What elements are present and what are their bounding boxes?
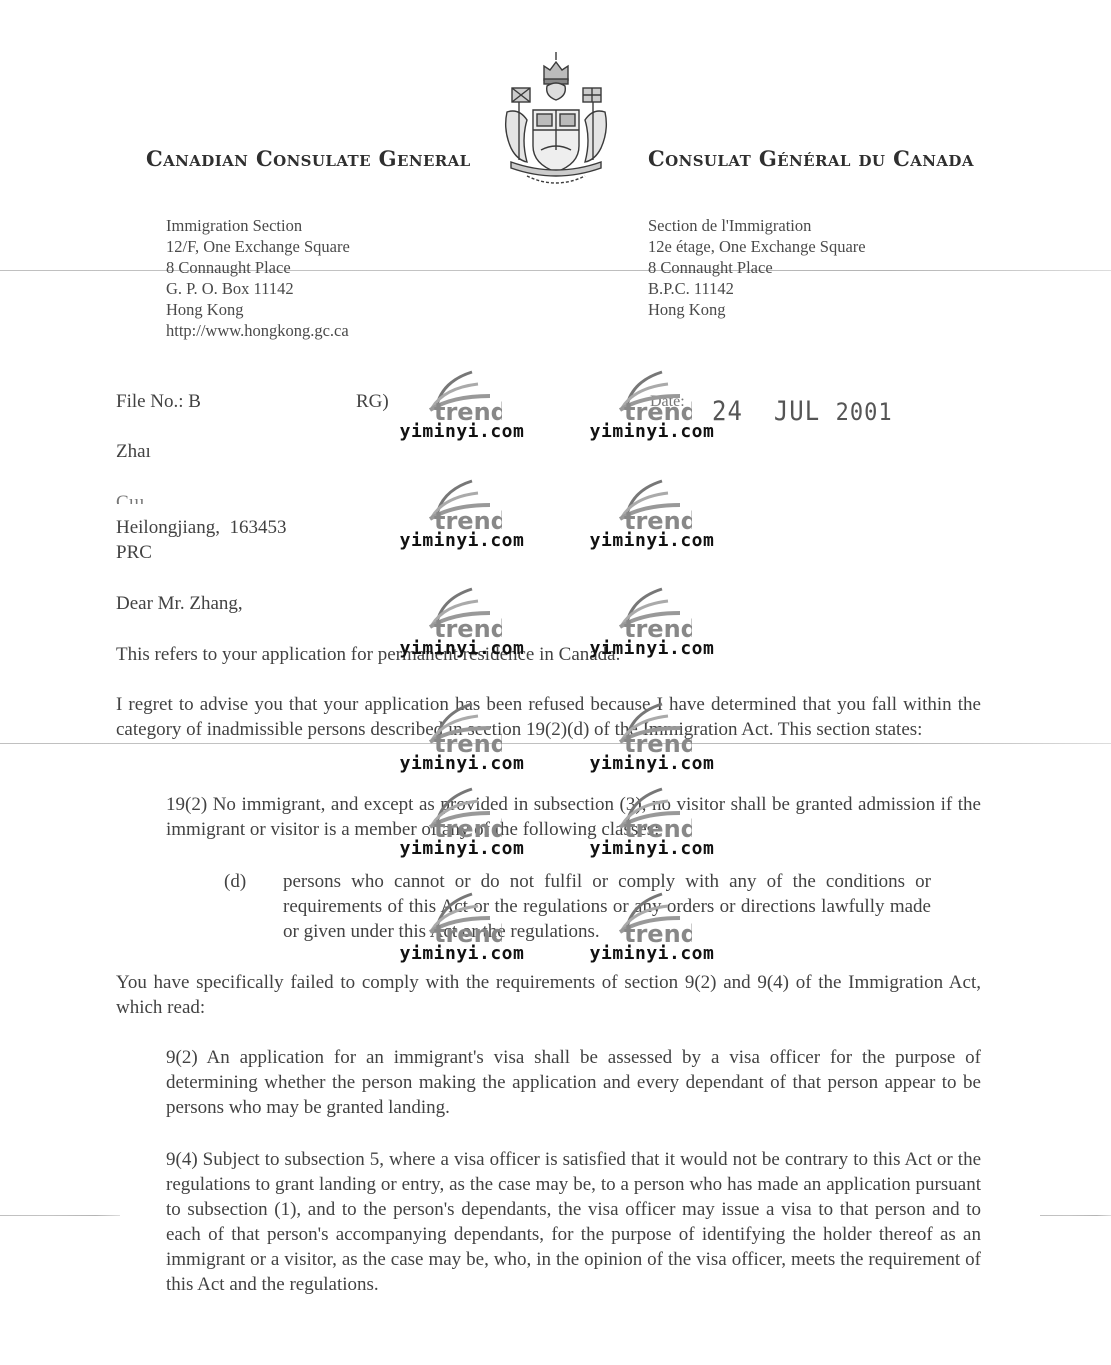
salutation: Dear Mr. Zhang, [116, 591, 243, 616]
watermark-text: yiminyi.com [392, 422, 532, 442]
quote-section-9-2: 9(2) An application for an immigrant's v… [166, 1045, 981, 1120]
svg-text:trend: trend [624, 615, 692, 639]
watermark-text: yiminyi.com [582, 944, 722, 964]
trend-swoosh-logo-icon: trend [612, 585, 692, 639]
watermark-text: yiminyi.com [392, 839, 532, 859]
scan-line [0, 743, 1111, 744]
address-en-line: Immigration Section [166, 215, 350, 236]
scan-line [0, 1215, 120, 1216]
address-fr: Section de l'Immigration 12e étage, One … [648, 215, 866, 320]
watermark: trend yiminyi.com [392, 368, 532, 442]
date-stamp-month: JUL [774, 396, 820, 427]
paragraph-failed-requirements: You have specifically failed to comply w… [116, 970, 981, 1020]
trend-swoosh-logo-icon: trend [422, 585, 502, 639]
watermark-text: yiminyi.com [392, 531, 532, 551]
quote-section-19-2: 19(2) No immigrant, and except as provid… [166, 792, 981, 842]
letterhead-title-en: Canadian Consulate General [146, 146, 471, 171]
paragraph-refusal: I regret to advise you that your applica… [116, 692, 981, 742]
quote-clause-d-label: (d) [224, 869, 246, 894]
address-fr-line: B.P.C. 11142 [648, 278, 866, 299]
file-number-label: File No.: B [116, 389, 201, 414]
watermark-text: yiminyi.com [582, 754, 722, 774]
svg-text:trend: trend [434, 615, 502, 639]
address-en-line: 8 Connaught Place [166, 257, 350, 278]
address-en-line: 12/F, One Exchange Square [166, 236, 350, 257]
recipient-country: PRC [116, 540, 152, 565]
letterhead-title-fr: Consulat Général du Canada [648, 146, 974, 171]
watermark-text: yiminyi.com [582, 531, 722, 551]
recipient-city: Cııı… [116, 490, 164, 504]
trend-swoosh-logo-icon: trend [422, 477, 502, 531]
canada-coat-of-arms-icon [497, 50, 615, 190]
address-en-line: Hong Kong [166, 299, 350, 320]
date-label: Date: [650, 389, 685, 414]
trend-swoosh-logo-icon: trend [422, 368, 502, 422]
date-stamp: 24 JUL 2001 [712, 396, 893, 427]
quote-clause-d-text: persons who cannot or do not fulfil or c… [283, 869, 931, 944]
address-fr-line: 12e étage, One Exchange Square [648, 236, 866, 257]
svg-text:trend: trend [434, 398, 502, 422]
watermark-text: yiminyi.com [392, 944, 532, 964]
scan-line [1040, 1215, 1111, 1216]
quote-section-9-4: 9(4) Subject to subsection 5, where a vi… [166, 1147, 981, 1297]
recipient-name: Zhaı [116, 439, 151, 464]
address-fr-line: 8 Connaught Place [648, 257, 866, 278]
paragraph-application-reference: This refers to your application for perm… [116, 642, 620, 667]
watermark: trend yiminyi.com [582, 477, 722, 551]
watermark-text: yiminyi.com [582, 839, 722, 859]
address-en-line: G. P. O. Box 11142 [166, 278, 350, 299]
svg-text:trend: trend [624, 507, 692, 531]
watermark: trend yiminyi.com [392, 477, 532, 551]
watermark-text: yiminyi.com [392, 754, 532, 774]
recipient-province: Heilongjiang, 163453 [116, 515, 286, 540]
watermark-text: yiminyi.com [582, 422, 722, 442]
address-en-website: http://www.hongkong.gc.ca [166, 320, 350, 341]
address-fr-line: Section de l'Immigration [648, 215, 866, 236]
address-en: Immigration Section 12/F, One Exchange S… [166, 215, 350, 341]
date-stamp-year: 2001 [836, 399, 893, 427]
file-number-suffix: RG) [356, 389, 389, 414]
date-stamp-day: 24 [712, 396, 743, 427]
trend-swoosh-logo-icon: trend [612, 477, 692, 531]
svg-text:trend: trend [434, 507, 502, 531]
address-fr-line: Hong Kong [648, 299, 866, 320]
